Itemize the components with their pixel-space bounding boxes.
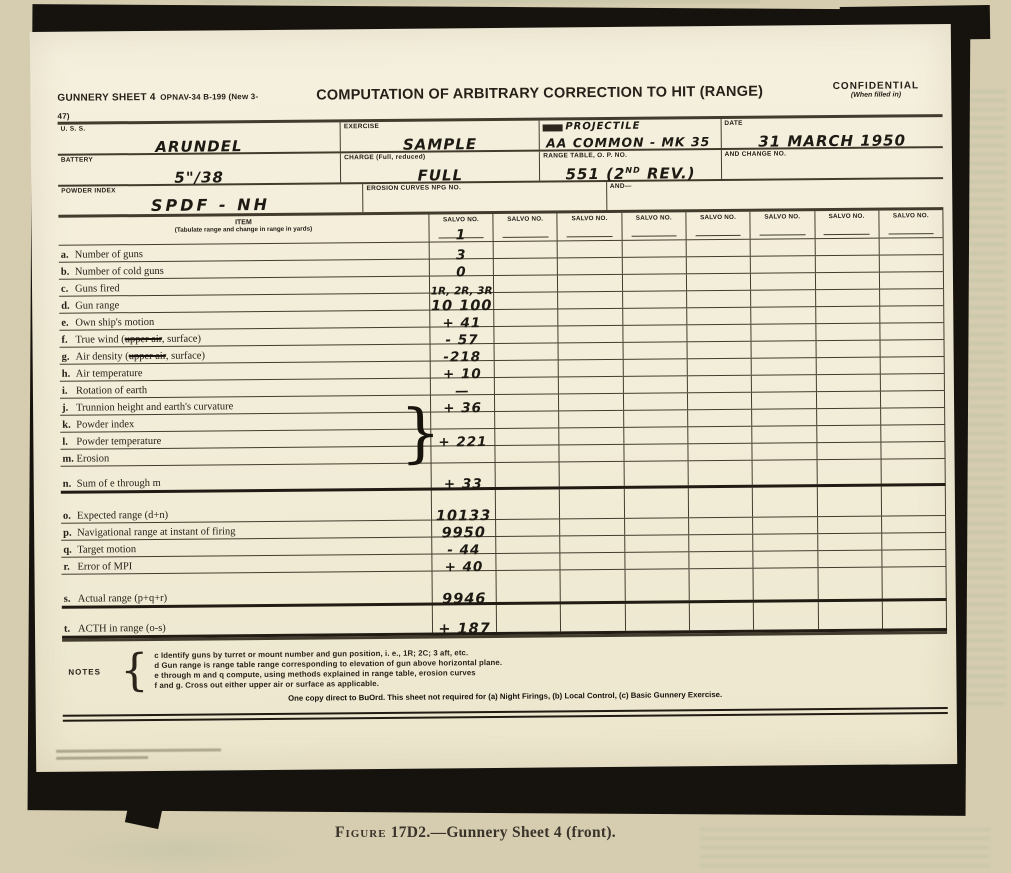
field-projectile-hand-label: PROJECTILE: [565, 121, 640, 133]
salvo-value-cell: [752, 487, 817, 517]
salvo-value-cell: [817, 534, 881, 551]
item-label: Trunnion height and earth's curvature: [76, 401, 233, 413]
item-cell: e.Own ship's motion: [59, 311, 429, 330]
salvo-no-label: SALVO NO.: [494, 215, 557, 223]
salvo-value-cell: [560, 604, 624, 632]
salvo-value-cell: [557, 275, 621, 292]
print-code-artifact: [56, 744, 221, 759]
item-key: p.: [61, 528, 77, 539]
field-range-table-label: RANGE TABLE, O. P. NO.: [543, 151, 720, 160]
item-cell: b.Number of cold guns: [59, 260, 429, 279]
salvo-value-cell: [752, 517, 816, 534]
field-range-table: RANGE TABLE, O. P. NO. 551 (2ND REV.): [540, 150, 722, 181]
salvo-value-cell: [493, 292, 557, 309]
salvo-value-cell: + 187: [432, 605, 496, 633]
field-uss: U. S. S. ARUNDEL: [58, 122, 341, 153]
salvo-value-cell: [558, 309, 622, 326]
salvo-value-cell: [881, 550, 946, 567]
salvo-value-cell: [816, 443, 880, 460]
salvo-value-cell: [879, 255, 944, 272]
item-cell: d.Gun range: [59, 294, 429, 313]
salvo-value-cell: [688, 552, 752, 569]
field-erosion-curves-label: EROSION CURVES NPG NO.: [366, 183, 605, 192]
item-label: Own ship's motion: [75, 317, 154, 329]
salvo-no-label: SALVO NO.: [622, 214, 685, 222]
salvo-no-label: SALVO NO.: [558, 215, 621, 223]
classification-subnote: (When filled in): [810, 91, 943, 99]
salvo-value-cell: 9950: [431, 520, 495, 537]
salvo-value-cell: [879, 306, 944, 323]
salvo-no-label: SALVO NO.: [815, 213, 878, 221]
field-and: AND—: [607, 179, 944, 210]
salvo-column-header: SALVO NO.: [878, 210, 943, 238]
salvo-value-cell: [816, 460, 880, 485]
salvo-value-cell: [880, 425, 945, 442]
salvo-value-cell: [752, 460, 816, 485]
item-cell: t.ACTH in range (o-s): [62, 606, 432, 636]
salvo-value-cell: [750, 239, 814, 256]
salvo-value-cell: [751, 324, 815, 341]
salvo-value-cell: [750, 256, 814, 273]
table-row: t.ACTH in range (o-s)+ 187: [62, 601, 947, 639]
field-powder-index: POWDER INDEX SPDF - NH: [58, 184, 364, 215]
salvo-value-cell: [751, 392, 815, 409]
salvo-value-cell: [558, 343, 622, 360]
item-cell: j.Trunnion height and earth's curvature: [60, 396, 430, 415]
salvo-value-cell: [688, 518, 752, 535]
item-cell: p.Navigational range at instant of firin…: [61, 521, 431, 540]
header-fields: U. S. S. ARUNDEL EXERCISE SAMPLE GUNPROJ…: [58, 114, 944, 218]
salvo-value-cell: [753, 551, 817, 568]
field-exercise-value: SAMPLE: [403, 135, 477, 154]
salvo-value-cell: [688, 488, 753, 518]
salvo-value-cell: 3: [429, 242, 493, 259]
salvo-value-cell: [815, 324, 879, 341]
salvo-value-cell: —: [430, 378, 494, 395]
salvo-value-cell: [689, 603, 753, 631]
item-key: n.: [61, 479, 77, 490]
salvo-value-cell: [751, 375, 815, 392]
figure-caption-label: Figure: [335, 824, 387, 841]
item-key: i.: [60, 386, 76, 397]
salvo-value-cell: [688, 569, 753, 601]
salvo-value-cell: [625, 603, 689, 631]
salvo-value-cell: [817, 551, 881, 568]
salvo-value-cell: [879, 289, 944, 306]
item-cell: q.Target motion: [61, 538, 431, 557]
item-label: True wind (upper air, surface): [75, 334, 201, 346]
salvo-value-cell: [493, 275, 557, 292]
item-cell: h.Air temperature: [60, 362, 430, 381]
grouping-brace: }: [400, 408, 441, 459]
salvo-value-cell: [815, 392, 879, 409]
item-key: o.: [61, 511, 77, 522]
salvo-value-cell: 9946: [431, 571, 496, 603]
salvo-value-cell: [880, 391, 945, 408]
salvo-value-cell: [817, 568, 882, 600]
salvo-value-cell: [687, 376, 751, 393]
salvo-value-cell: [624, 518, 688, 535]
salvo-value-cell: [817, 517, 881, 534]
salvo-value-cell: [624, 569, 689, 601]
salvo-value-cell: [815, 290, 879, 307]
salvo-value-cell: [623, 410, 687, 427]
item-cell: i.Rotation of earth: [60, 379, 430, 398]
field-charge: CHARGE (Full, reduced) FULL: [341, 152, 540, 183]
salvo-value-cell: [560, 536, 624, 553]
salvo-value-cell: [880, 459, 945, 484]
salvo-value-cell: [558, 360, 622, 377]
item-key: e.: [59, 318, 75, 329]
field-change-no: AND CHANGE NO.: [722, 148, 943, 179]
salvo-value-cell: [624, 535, 688, 552]
salvo-value-cell: [687, 393, 751, 410]
item-cell: k.Powder index: [60, 413, 430, 432]
item-key: c.: [59, 284, 75, 295]
salvo-value-cell: [560, 570, 625, 602]
field-battery-value: 5"/38: [174, 168, 224, 186]
salvo-value-cell: 1R, 2R, 3R: [429, 276, 493, 293]
salvo-value-cell: [815, 307, 879, 324]
salvo-value-cell: [817, 602, 881, 630]
salvo-column-header: SALVO NO.: [685, 212, 749, 240]
field-uss-label: U. S. S.: [61, 123, 340, 132]
salvo-no-label: SALVO NO.: [429, 216, 492, 224]
salvo-value-cell: [750, 273, 814, 290]
item-key: t.: [62, 624, 78, 635]
form-number: GUNNERY SHEET 4: [57, 92, 156, 104]
salvo-value-cell: [495, 536, 559, 553]
item-column-header: ITEM (Tabulate range and change in range…: [58, 215, 428, 245]
item-label: Sum of e through m: [77, 478, 161, 490]
salvo-value-cell: [493, 241, 557, 258]
salvo-value-cell: [560, 519, 624, 536]
struck-text: upper air: [129, 351, 166, 362]
item-label: Actual range (p+q+r): [78, 593, 167, 605]
notes-section: NOTES { c Identify guns by turret or mou…: [62, 644, 947, 692]
salvo-value-cell: 0: [429, 259, 493, 276]
salvo-value-cell: [622, 308, 686, 325]
salvo-column-header: SALVO NO.: [557, 213, 621, 241]
notes-lines: c Identify guns by turret or mount numbe…: [154, 644, 947, 691]
salvo-value-cell: 10 100: [429, 293, 493, 310]
salvo-column-header: SALVO NO.: [750, 211, 814, 239]
form-title: COMPUTATION OF ARBITRARY CORRECTION TO H…: [270, 81, 810, 104]
salvo-value-cell: [687, 359, 751, 376]
salvo-value-cell: 10133: [431, 490, 496, 520]
item-label: Number of cold guns: [75, 266, 164, 278]
salvo-value-cell: [496, 570, 561, 602]
salvo-value-cell: [879, 340, 944, 357]
item-key: r.: [61, 562, 77, 573]
salvo-value-cell: [559, 445, 623, 462]
salvo-value-cell: -218: [429, 344, 493, 361]
item-key: h.: [60, 369, 76, 380]
field-erosion-curves: EROSION CURVES NPG NO.: [363, 182, 607, 212]
salvo-no-write-line: [695, 235, 741, 236]
item-cell: c.Guns fired: [59, 277, 429, 296]
salvo-value-cell: [493, 309, 557, 326]
salvo-value-cell: [559, 428, 623, 445]
salvo-value-cell: [559, 489, 624, 519]
salvo-value-cell: [687, 342, 751, 359]
field-exercise-label: EXERCISE: [344, 122, 539, 131]
salvo-value-cell: [881, 486, 947, 516]
salvo-value-cell: [624, 488, 689, 518]
salvo-table: ITEM (Tabulate range and change in range…: [58, 210, 947, 642]
item-cell: o.Expected range (d+n): [61, 491, 431, 523]
salvo-value-cell: [815, 375, 879, 392]
salvo-column-header: SALVO NO.: [621, 212, 685, 240]
struck-text: upper air: [125, 334, 162, 345]
salvo-value-cell: [686, 308, 750, 325]
salvo-value-cell: [686, 240, 750, 257]
notes-label: NOTES: [62, 667, 120, 677]
item-key: a.: [59, 250, 75, 261]
salvo-value-cell: [623, 444, 687, 461]
item-key: l.: [60, 437, 76, 448]
salvo-value-cell: [753, 602, 817, 630]
item-cell: f.True wind (upper air, surface): [59, 328, 429, 347]
salvo-value-cell: [686, 291, 750, 308]
salvo-value-cell: [494, 343, 558, 360]
salvo-value-cell: [494, 411, 558, 428]
salvo-value-cell: [752, 443, 816, 460]
field-date: DATE 31 MARCH 1950: [721, 117, 942, 148]
item-key: f.: [59, 335, 75, 346]
salvo-no-write-line: [824, 234, 870, 235]
salvo-value-cell: [814, 239, 878, 256]
salvo-value-cell: [814, 256, 878, 273]
field-battery-label: BATTERY: [61, 154, 340, 163]
form-id-block: GUNNERY SHEET 4 OPNAV-34 B-199 (New 3-47…: [57, 86, 270, 124]
salvo-value-cell: [881, 533, 946, 550]
notes-brace: {: [120, 651, 148, 691]
salvo-value-cell: [750, 307, 814, 324]
field-and-label: AND—: [610, 180, 943, 190]
salvo-value-cell: [881, 567, 947, 599]
classification-block: CONFIDENTIAL (When filled in): [809, 80, 942, 99]
field-change-no-label: AND CHANGE NO.: [725, 149, 943, 158]
salvo-value-cell: - 57: [429, 327, 493, 344]
salvo-no-write-line: [631, 235, 677, 236]
field-projectile-value: AA COMMON - MK 35: [546, 134, 710, 150]
salvo-value-cell: [494, 360, 558, 377]
salvo-value-cell: [751, 409, 815, 426]
salvo-value-cell: [558, 292, 622, 309]
item-key: k.: [60, 420, 76, 431]
item-label: Gun range: [75, 300, 119, 311]
salvo-value-cell: [621, 240, 685, 257]
salvo-value-cell: [881, 516, 946, 533]
salvo-value-cell: [879, 272, 944, 289]
salvo-value-cell: [623, 461, 687, 486]
field-powder-index-label: POWDER INDEX: [61, 185, 362, 195]
figure-caption-text: 17D2.—Gunnery Sheet 4 (front).: [387, 824, 616, 841]
form-header: GUNNERY SHEET 4 OPNAV-34 B-199 (New 3-47…: [57, 80, 942, 120]
salvo-value-cell: [816, 426, 880, 443]
salvo-value-cell: [752, 426, 816, 443]
salvo-value-cell: [495, 462, 559, 487]
salvo-value-cell: [622, 325, 686, 342]
salvo-value-cell: [686, 274, 750, 291]
salvo-value-cell: [623, 376, 687, 393]
salvo-value-cell: [750, 290, 814, 307]
figure-caption: Figure 17D2.—Gunnery Sheet 4 (front).: [0, 824, 951, 842]
salvo-value-cell: [687, 444, 751, 461]
salvo-value-cell: [622, 291, 686, 308]
salvo-no-write-line: [567, 236, 613, 237]
salvo-value-cell: [751, 341, 815, 358]
salvo-value-cell: [495, 445, 559, 462]
salvo-value-cell: + 41: [429, 310, 493, 327]
salvo-no-write-line: [888, 233, 934, 234]
salvo-no-write-line: [760, 234, 806, 235]
field-projectile: GUNPROJECTILE AA COMMON - MK 35: [540, 119, 722, 150]
item-cell: s.Actual range (p+q+r): [62, 572, 432, 606]
item-key: j.: [60, 403, 76, 414]
salvo-value-cell: [494, 326, 558, 343]
salvo-no-label: SALVO NO.: [751, 213, 814, 221]
salvo-no-write-line: [503, 237, 549, 238]
salvo-value-cell: [879, 323, 944, 340]
field-powder-index-value: SPDF - NH: [151, 195, 270, 215]
item-label: Rotation of earth: [76, 385, 147, 397]
item-cell: g.Air density (upper air, surface): [60, 345, 430, 364]
salvo-value-cell: [751, 358, 815, 375]
salvo-value-cell: [494, 394, 558, 411]
salvo-no-value: 1: [429, 227, 492, 244]
item-cell: a.Number of guns: [59, 243, 429, 262]
field-charge-label: CHARGE (Full, reduced): [344, 153, 539, 162]
book-page: GUNNERY SHEET 4 OPNAV-34 B-199 (New 3-47…: [0, 0, 1011, 873]
salvo-no-label: SALVO NO.: [686, 214, 749, 222]
item-key: s.: [62, 594, 78, 605]
salvo-value-cell: [686, 325, 750, 342]
salvo-no-label: SALVO NO.: [879, 212, 942, 220]
salvo-value-cell: [815, 341, 879, 358]
salvo-value-cell: [623, 393, 687, 410]
salvo-value-cell: [557, 258, 621, 275]
salvo-column-header: SALVO NO.: [814, 211, 878, 239]
item-label: Air density (upper air, surface): [76, 351, 205, 363]
item-cell: n.Sum of e through m: [61, 464, 431, 491]
item-label: Number of guns: [75, 249, 143, 261]
salvo-value-cell: [496, 553, 560, 570]
item-label: Expected range (d+n): [77, 510, 168, 522]
item-label: Powder temperature: [76, 436, 161, 448]
item-cell: m.Erosion: [60, 447, 430, 466]
salvo-value-cell: [879, 357, 944, 374]
salvo-value-cell: [880, 408, 945, 425]
field-uss-value: ARUNDEL: [155, 137, 242, 156]
field-battery: BATTERY 5"/38: [58, 153, 341, 184]
salvo-value-cell: [495, 519, 559, 536]
item-key: q.: [61, 545, 77, 556]
item-cell: r.Error of MPI: [61, 555, 431, 574]
salvo-value-cell: [814, 273, 878, 290]
struck-printed-label: GUN: [543, 124, 562, 131]
item-key: d.: [59, 301, 75, 312]
salvo-column-header: SALVO NO.: [493, 213, 557, 241]
salvo-value-cell: [753, 568, 818, 600]
salvo-value-cell: [688, 461, 752, 486]
item-label: Erosion: [76, 453, 109, 464]
item-label: Powder index: [76, 419, 134, 431]
item-label: Air temperature: [76, 368, 143, 380]
item-cell: l.Powder temperature: [60, 430, 430, 449]
item-label: Navigational range at instant of firing: [77, 526, 235, 538]
salvo-value-cell: [816, 487, 881, 517]
salvo-value-cell: [559, 462, 623, 487]
gunnery-form-sheet: GUNNERY SHEET 4 OPNAV-34 B-199 (New 3-47…: [30, 24, 957, 772]
salvo-value-cell: [880, 374, 945, 391]
salvo-value-cell: + 10: [430, 361, 494, 378]
salvo-value-cell: [622, 359, 686, 376]
salvo-value-cell: [496, 604, 560, 632]
bottom-double-rule: [63, 707, 948, 722]
salvo-value-cell: [623, 427, 687, 444]
salvo-value-cell: [882, 601, 947, 629]
item-key: m.: [60, 454, 76, 465]
salvo-value-cell: [815, 358, 879, 375]
salvo-value-cell: [558, 377, 622, 394]
field-charge-value: FULL: [417, 166, 463, 184]
salvo-value-cell: [494, 377, 558, 394]
salvo-value-cell: [557, 241, 621, 258]
salvo-value-cell: [687, 427, 751, 444]
salvo-value-cell: [622, 342, 686, 359]
salvo-value-cell: [880, 442, 945, 459]
salvo-value-cell: [495, 489, 560, 519]
salvo-value-cell: [816, 409, 880, 426]
salvo-value-cell: - 44: [431, 537, 495, 554]
salvo-value-cell: [622, 274, 686, 291]
field-projectile-label: GUNPROJECTILE: [543, 120, 721, 133]
salvo-value-cell: [558, 326, 622, 343]
salvo-value: + 187: [429, 621, 500, 638]
salvo-value-cell: [560, 553, 624, 570]
salvo-value-cell: [687, 410, 751, 427]
salvo-value-cell: [558, 394, 622, 411]
salvo-value-cell: [752, 534, 816, 551]
field-date-label: DATE: [724, 118, 942, 127]
item-key: g.: [60, 352, 76, 363]
item-key: b.: [59, 267, 75, 278]
item-label: ACTH in range (o-s): [78, 623, 166, 635]
salvo-value-cell: [878, 238, 943, 255]
salvo-value-cell: [494, 428, 558, 445]
salvo-value-cell: [493, 258, 557, 275]
item-label: Guns fired: [75, 283, 120, 294]
salvo-value-cell: [559, 411, 623, 428]
salvo-value-cell: [622, 257, 686, 274]
item-label: Error of MPI: [77, 561, 132, 572]
field-exercise: EXERCISE SAMPLE: [341, 121, 540, 152]
salvo-value-cell: [688, 535, 752, 552]
salvo-table-body: a.Number of guns3b.Number of cold guns0c…: [59, 238, 947, 639]
salvo-column-header: SALVO NO.1: [428, 214, 492, 242]
salvo-value-cell: [686, 257, 750, 274]
salvo-value-cell: [624, 552, 688, 569]
item-label: Target motion: [77, 544, 136, 556]
salvo-value-cell: + 40: [431, 554, 495, 571]
